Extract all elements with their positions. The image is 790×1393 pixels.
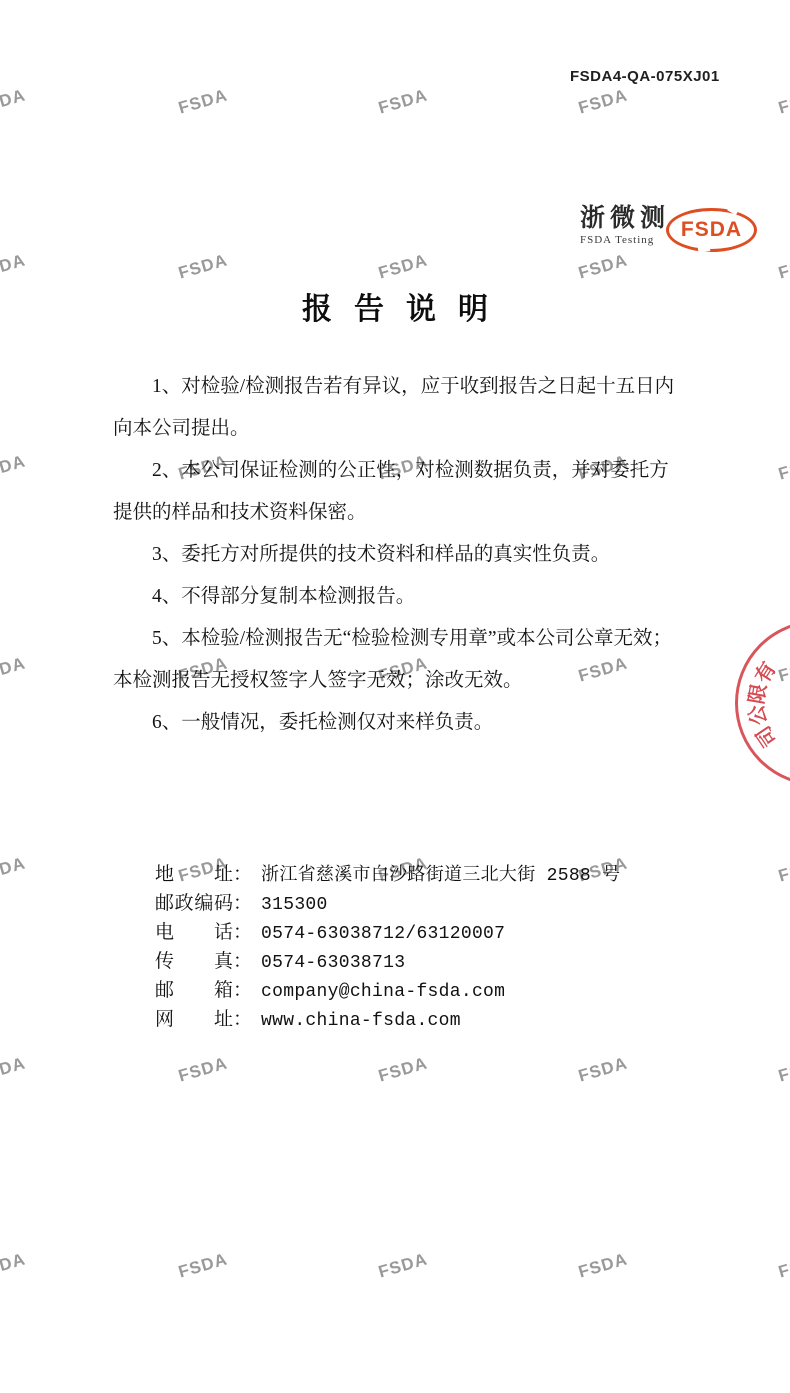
- contact-value: 0574-63038713: [261, 953, 405, 973]
- stamp-character: 限: [740, 681, 772, 706]
- note-item: 6、一般情况，委托检测仅对来样负责。: [113, 702, 678, 744]
- watermark-text: FSDA: [376, 1249, 430, 1282]
- stamp-character: 有: [747, 656, 782, 688]
- watermark-text: FSDA: [176, 250, 230, 283]
- document-code: FSDA4-QA-075XJ01: [570, 68, 720, 85]
- note-item: 1、对检验/检测报告若有异议，应于收到报告之日起十五日内向本公司提出。: [113, 366, 678, 450]
- report-page: FSDAFSDAFSDAFSDAFSDAFSDAFSDAFSDAFSDAFSDA…: [0, 0, 790, 1393]
- watermark-text: FSDA: [576, 1053, 630, 1086]
- watermark-text: FSDA: [0, 451, 28, 484]
- contact-colon: ：: [233, 922, 252, 943]
- watermark-text: FSDA: [776, 85, 790, 118]
- contact-value: 0574-63038712/63120007: [261, 924, 505, 944]
- watermark-text: FSDA: [0, 85, 28, 118]
- company-logo: 浙微测 FSDA Testing FSDA: [580, 205, 770, 261]
- contact-colon: ：: [233, 980, 252, 1001]
- contact-colon: ：: [233, 951, 252, 972]
- contact-row: 传真：0574-63038713: [155, 948, 620, 977]
- contact-colon: ：: [233, 893, 252, 914]
- watermark-text: FSDA: [0, 1053, 28, 1086]
- contact-row: 地址：浙江省慈溪市白沙路街道三北大街 2588 号: [155, 861, 620, 890]
- contact-value: company@china-fsda.com: [261, 982, 505, 1002]
- note-item: 3、委托方对所提供的技术资料和样品的真实性负责。: [113, 534, 678, 576]
- watermark-text: FSDA: [0, 250, 28, 283]
- fsda-oval-seal: FSDA: [666, 208, 757, 252]
- watermark-text: FSDA: [176, 1053, 230, 1086]
- watermark-text: FSDA: [376, 85, 430, 118]
- contact-row: 网址：www.china-fsda.com: [155, 1006, 620, 1035]
- watermark-text: FSDA: [776, 1249, 790, 1282]
- contact-label: 网址: [155, 1006, 233, 1033]
- note-item: 4、不得部分复制本检测报告。: [113, 576, 678, 618]
- watermark-text: FSDA: [176, 85, 230, 118]
- watermark-text: FSDA: [376, 1053, 430, 1086]
- watermark-text: FSDA: [776, 451, 790, 484]
- note-item: 5、本检验/检测报告无“检验检测专用章”或本公司公章无效；本检测报告无授权签字人…: [113, 618, 678, 702]
- stamp-character: 司: [748, 721, 783, 754]
- contact-colon: ：: [233, 864, 252, 885]
- contact-value: 315300: [261, 895, 328, 915]
- contact-row: 邮政编码：315300: [155, 890, 620, 919]
- watermark-text: FSDA: [776, 653, 790, 686]
- page-title: 报告说明: [0, 284, 790, 328]
- contact-value: www.china-fsda.com: [261, 1011, 461, 1031]
- contact-row: 邮箱：company@china-fsda.com: [155, 977, 620, 1006]
- contact-row: 电话：0574-63038712/63120007: [155, 919, 620, 948]
- watermark-text: FSDA: [776, 1053, 790, 1086]
- contact-colon: ：: [233, 1009, 252, 1030]
- watermark-text: FSDA: [576, 1249, 630, 1282]
- red-stamp-circle: [735, 620, 790, 786]
- watermark-text: FSDA: [776, 250, 790, 283]
- watermark-text: FSDA: [0, 1249, 28, 1282]
- watermark-text: FSDA: [0, 653, 28, 686]
- watermark-text: FSDA: [576, 85, 630, 118]
- watermark-text: FSDA: [376, 250, 430, 283]
- contact-label: 电话: [155, 919, 233, 946]
- notes: 1、对检验/检测报告若有异议，应于收到报告之日起十五日内向本公司提出。2、本公司…: [113, 366, 678, 744]
- contact-label: 邮箱: [155, 977, 233, 1004]
- contact-label: 邮政编码: [155, 890, 233, 917]
- contact-label: 地址: [155, 861, 233, 888]
- contact-block: 地址：浙江省慈溪市白沙路街道三北大街 2588 号邮政编码：315300电话：0…: [155, 861, 620, 1035]
- watermark-text: FSDA: [776, 853, 790, 886]
- stamp-character: 公: [740, 703, 773, 729]
- contact-value: 浙江省慈溪市白沙路街道三北大街 2588 号: [261, 866, 620, 886]
- contact-label: 传真: [155, 948, 233, 975]
- watermark-text: FSDA: [176, 1249, 230, 1282]
- watermark-text: FSDA: [0, 853, 28, 886]
- note-item: 2、本公司保证检测的公正性，对检测数据负责，并对委托方提供的样品和技术资料保密。: [113, 450, 678, 534]
